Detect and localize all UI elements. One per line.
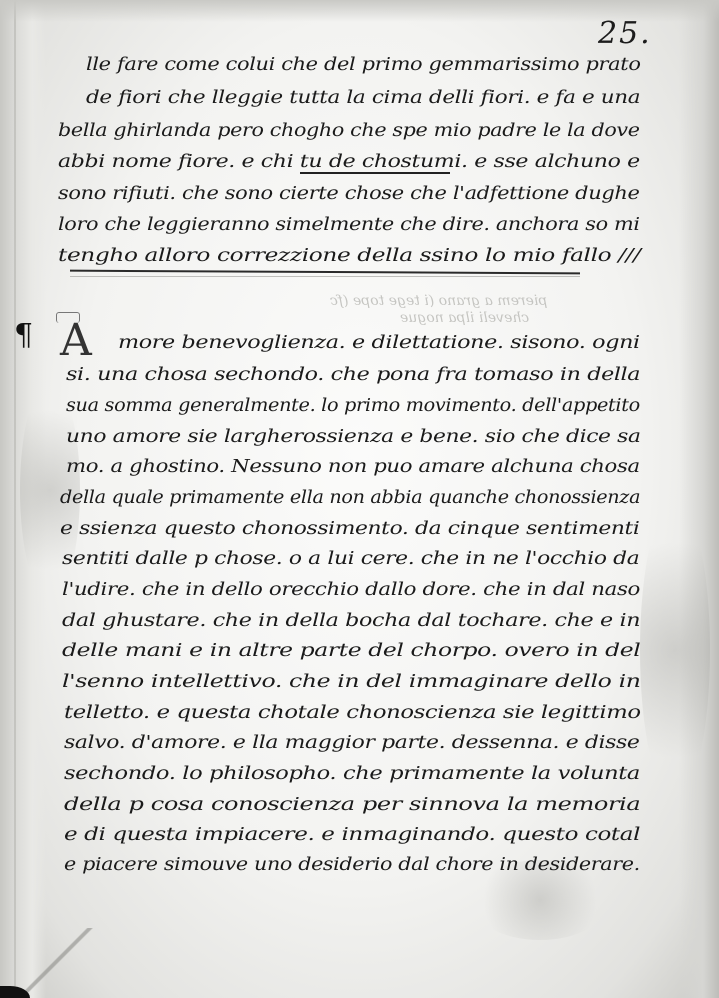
initial-letter: A [60, 315, 92, 366]
underline-mark [300, 172, 450, 174]
manuscript-line: de fiori che lleggie tutta la cima delli… [86, 88, 640, 108]
manuscript-line: e piacere simouve uno desiderio dal chor… [64, 855, 640, 875]
bleed-through-text: cheveli ilpa nogue [400, 310, 529, 326]
manuscript-line: della quale primamente ella non abbia qu… [60, 488, 640, 508]
manuscript-line: loro che leggieranno simelmente che dire… [58, 215, 640, 235]
manuscript-page: 25. lle fare come colui che del primo ge… [0, 0, 719, 998]
binding-line [14, 0, 16, 998]
stain [640, 500, 710, 800]
manuscript-line: abbi nome fiore. e chi tu de chostumi. e… [58, 152, 640, 172]
manuscript-line: sentiti dalle p chose. o a lui cere. che… [62, 549, 639, 569]
manuscript-line: l'udire. che in dello orecchio dallo dor… [62, 580, 640, 600]
manuscript-line: more benevoglienza. e dilettatione. siso… [118, 333, 640, 353]
manuscript-line: mo. a ghostino. Nessuno non puo amare al… [66, 457, 640, 477]
manuscript-line: sono rifiuti. che sono cierte chose che … [58, 184, 639, 204]
manuscript-line: lle fare come colui che del primo gemmar… [86, 55, 641, 75]
manuscript-line: l'senno intellettivo. che in del immagin… [62, 672, 641, 692]
manuscript-line: tengho alloro correzzione della ssino lo… [58, 246, 641, 266]
manuscript-line: sua somma generalmente. lo primo movimen… [66, 396, 640, 416]
section-divider-shadow [70, 276, 580, 277]
manuscript-line: telletto. e questa chotale chonoscienza … [64, 703, 641, 723]
right-edge-shadow [679, 0, 719, 998]
manuscript-line: e di questa impiacere. e inmaginando. qu… [64, 825, 640, 845]
manuscript-line: sechondo. lo philosopho. che primamente … [64, 764, 640, 784]
manuscript-line: si. una chosa sechondo. che pona fra tom… [66, 365, 640, 385]
manuscript-line: delle mani e in altre parte del chorpo. … [62, 641, 640, 661]
manuscript-line: e ssienza questo chonossimento. da cinqu… [60, 519, 639, 539]
manuscript-line: dal ghustare. che in della bocha dal toc… [62, 611, 640, 631]
bleed-through-text: pierem a grano (i tege tope (fc [330, 293, 547, 309]
manuscript-line: della p cosa conoscienza per sinnova la … [64, 795, 640, 815]
folio-number: 25. [598, 16, 652, 51]
section-divider [70, 270, 580, 275]
manuscript-line: uno amore sie largherossienza e bene. si… [66, 427, 641, 447]
manuscript-line: bella ghirlanda pero chogho che spe mio … [58, 121, 640, 141]
paragraph-mark-icon: ¶ [14, 318, 33, 353]
manuscript-line: salvo. d'amore. e lla maggior parte. des… [64, 733, 640, 753]
